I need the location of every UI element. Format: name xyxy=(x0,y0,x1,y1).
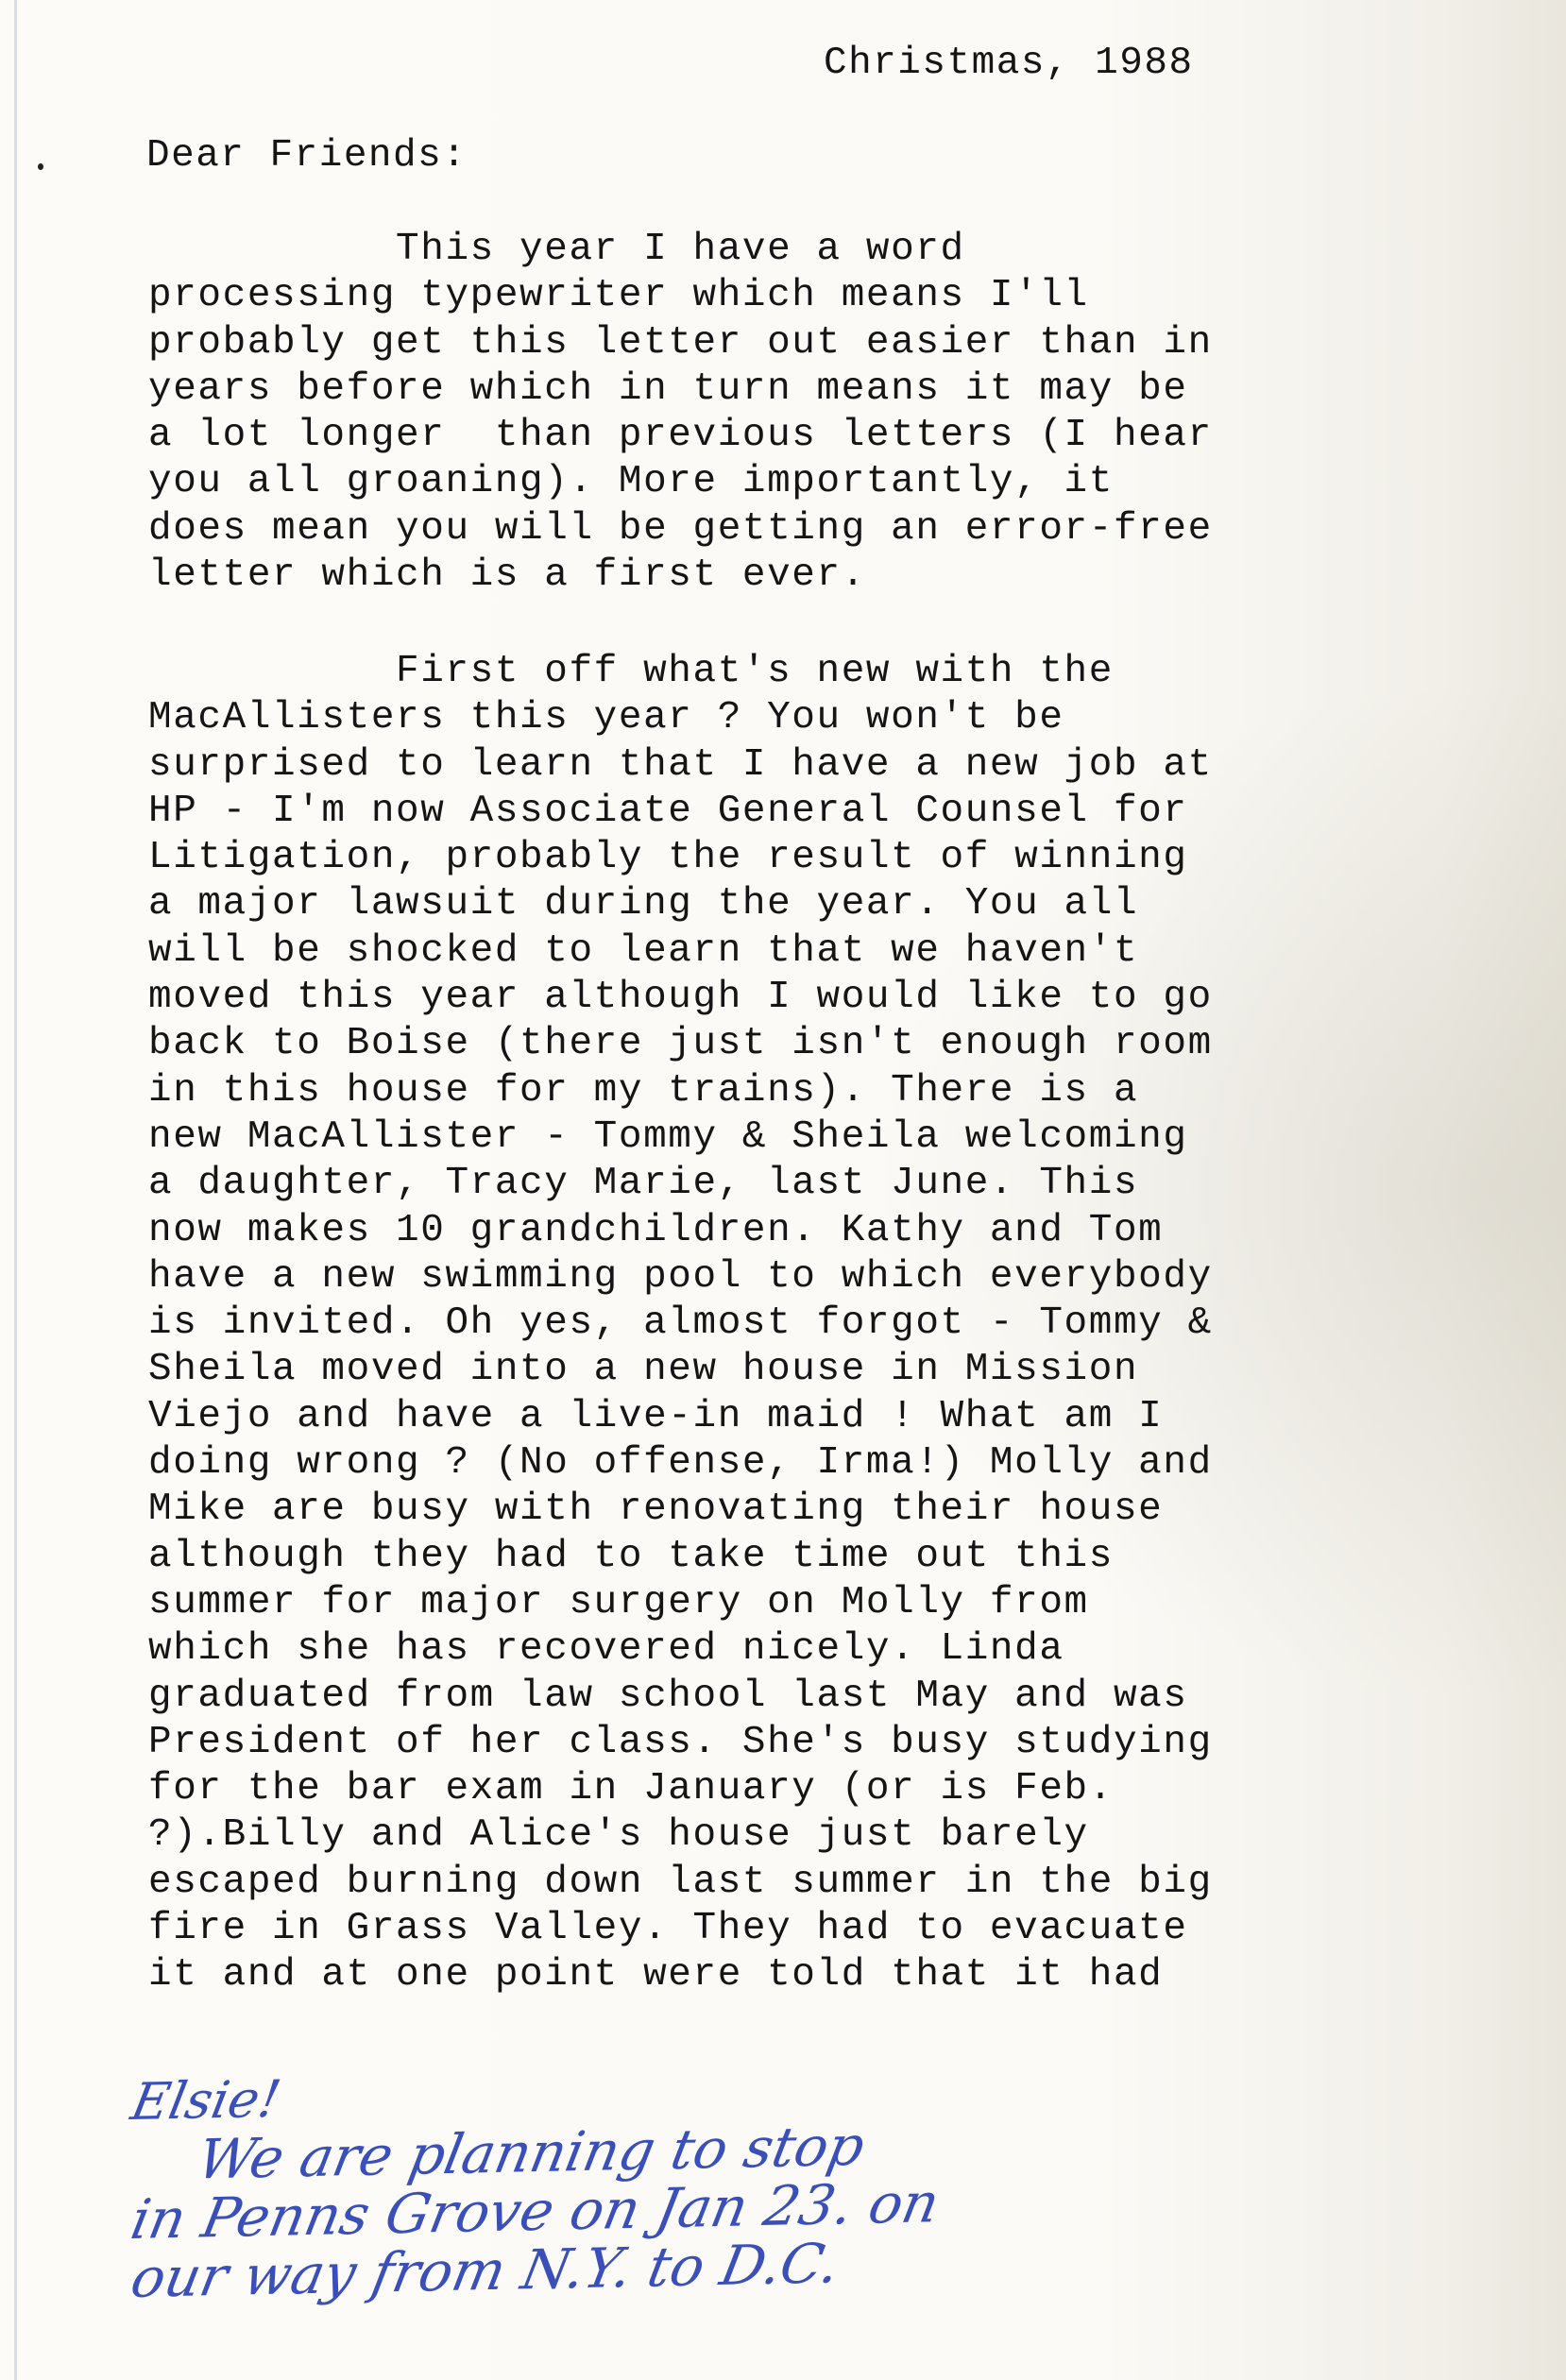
text-line: a daughter, Tracy Marie, last June. This xyxy=(148,1161,1471,1207)
text-line: letter which is a first ever. xyxy=(148,552,1471,599)
text-line: will be shocked to learn that we haven't xyxy=(148,928,1471,975)
text-line: years before which in turn means it may … xyxy=(148,366,1471,413)
text-line: new MacAllister - Tommy & Sheila welcomi… xyxy=(148,1114,1471,1161)
text-line: probably get this letter out easier than… xyxy=(148,320,1471,366)
text-line: Litigation, probably the result of winni… xyxy=(148,835,1471,881)
text-line: you all groaning). More importantly, it xyxy=(148,459,1471,505)
text-line: in this house for my trains). There is a xyxy=(148,1068,1471,1114)
text-line: have a new swimming pool to which everyb… xyxy=(148,1254,1471,1300)
text-line: escaped burning down last summer in the … xyxy=(148,1860,1471,1906)
text-line: a lot longer than previous letters (I he… xyxy=(148,413,1471,459)
text-line: First off what's new with the xyxy=(148,649,1471,695)
text-line: This year I have a word xyxy=(148,227,1471,273)
handwritten-note: Elsie!We are planning to stopin Penns Gr… xyxy=(132,2073,1502,2307)
text-line: a major lawsuit during the year. You all xyxy=(148,881,1471,927)
text-line: President of her class. She's busy study… xyxy=(148,1720,1471,1766)
text-line: graduated from law school last May and w… xyxy=(148,1674,1471,1720)
text-line: summer for major surgery on Molly from xyxy=(148,1580,1471,1626)
text-line: HP - I'm now Associate General Counsel f… xyxy=(148,789,1471,835)
paragraph-2: First off what's new with theMacAllister… xyxy=(148,649,1471,1999)
page-left-edge xyxy=(14,0,17,2380)
text-line: moved this year although I would like to… xyxy=(148,975,1471,1021)
text-line: Mike are busy with renovating their hous… xyxy=(148,1487,1471,1533)
text-line: although they had to take time out this xyxy=(148,1534,1471,1580)
text-line: processing typewriter which means I'll xyxy=(148,273,1471,319)
text-line: doing wrong ? (No offense, Irma!) Molly … xyxy=(148,1440,1471,1487)
ink-speck xyxy=(38,163,43,170)
paragraph-1: This year I have a wordprocessing typewr… xyxy=(148,227,1471,599)
text-line: Viejo and have a live-in maid ! What am … xyxy=(148,1394,1471,1440)
letter-date: Christmas, 1988 xyxy=(824,42,1194,85)
letter-salutation: Dear Friends: xyxy=(146,134,467,178)
text-line: fire in Grass Valley. They had to evacua… xyxy=(148,1906,1471,1952)
text-line: it and at one point were told that it ha… xyxy=(148,1952,1471,1998)
text-line: which she has recovered nicely. Linda xyxy=(148,1626,1471,1673)
text-line: now makes 10 grandchildren. Kathy and To… xyxy=(148,1208,1471,1254)
text-line: surprised to learn that I have a new job… xyxy=(148,742,1471,789)
text-line: does mean you will be getting an error-f… xyxy=(148,506,1471,552)
text-line: for the bar exam in January (or is Feb. xyxy=(148,1766,1471,1812)
text-line: back to Boise (there just isn't enough r… xyxy=(148,1021,1471,1067)
letter-page: Christmas, 1988 Dear Friends: This year … xyxy=(0,0,1566,2380)
text-line: Sheila moved into a new house in Mission xyxy=(148,1347,1471,1393)
text-line: is invited. Oh yes, almost forgot - Tomm… xyxy=(148,1300,1471,1347)
text-line: ?).Billy and Alice's house just barely xyxy=(148,1812,1471,1859)
text-line: MacAllisters this year ? You won't be xyxy=(148,695,1471,741)
